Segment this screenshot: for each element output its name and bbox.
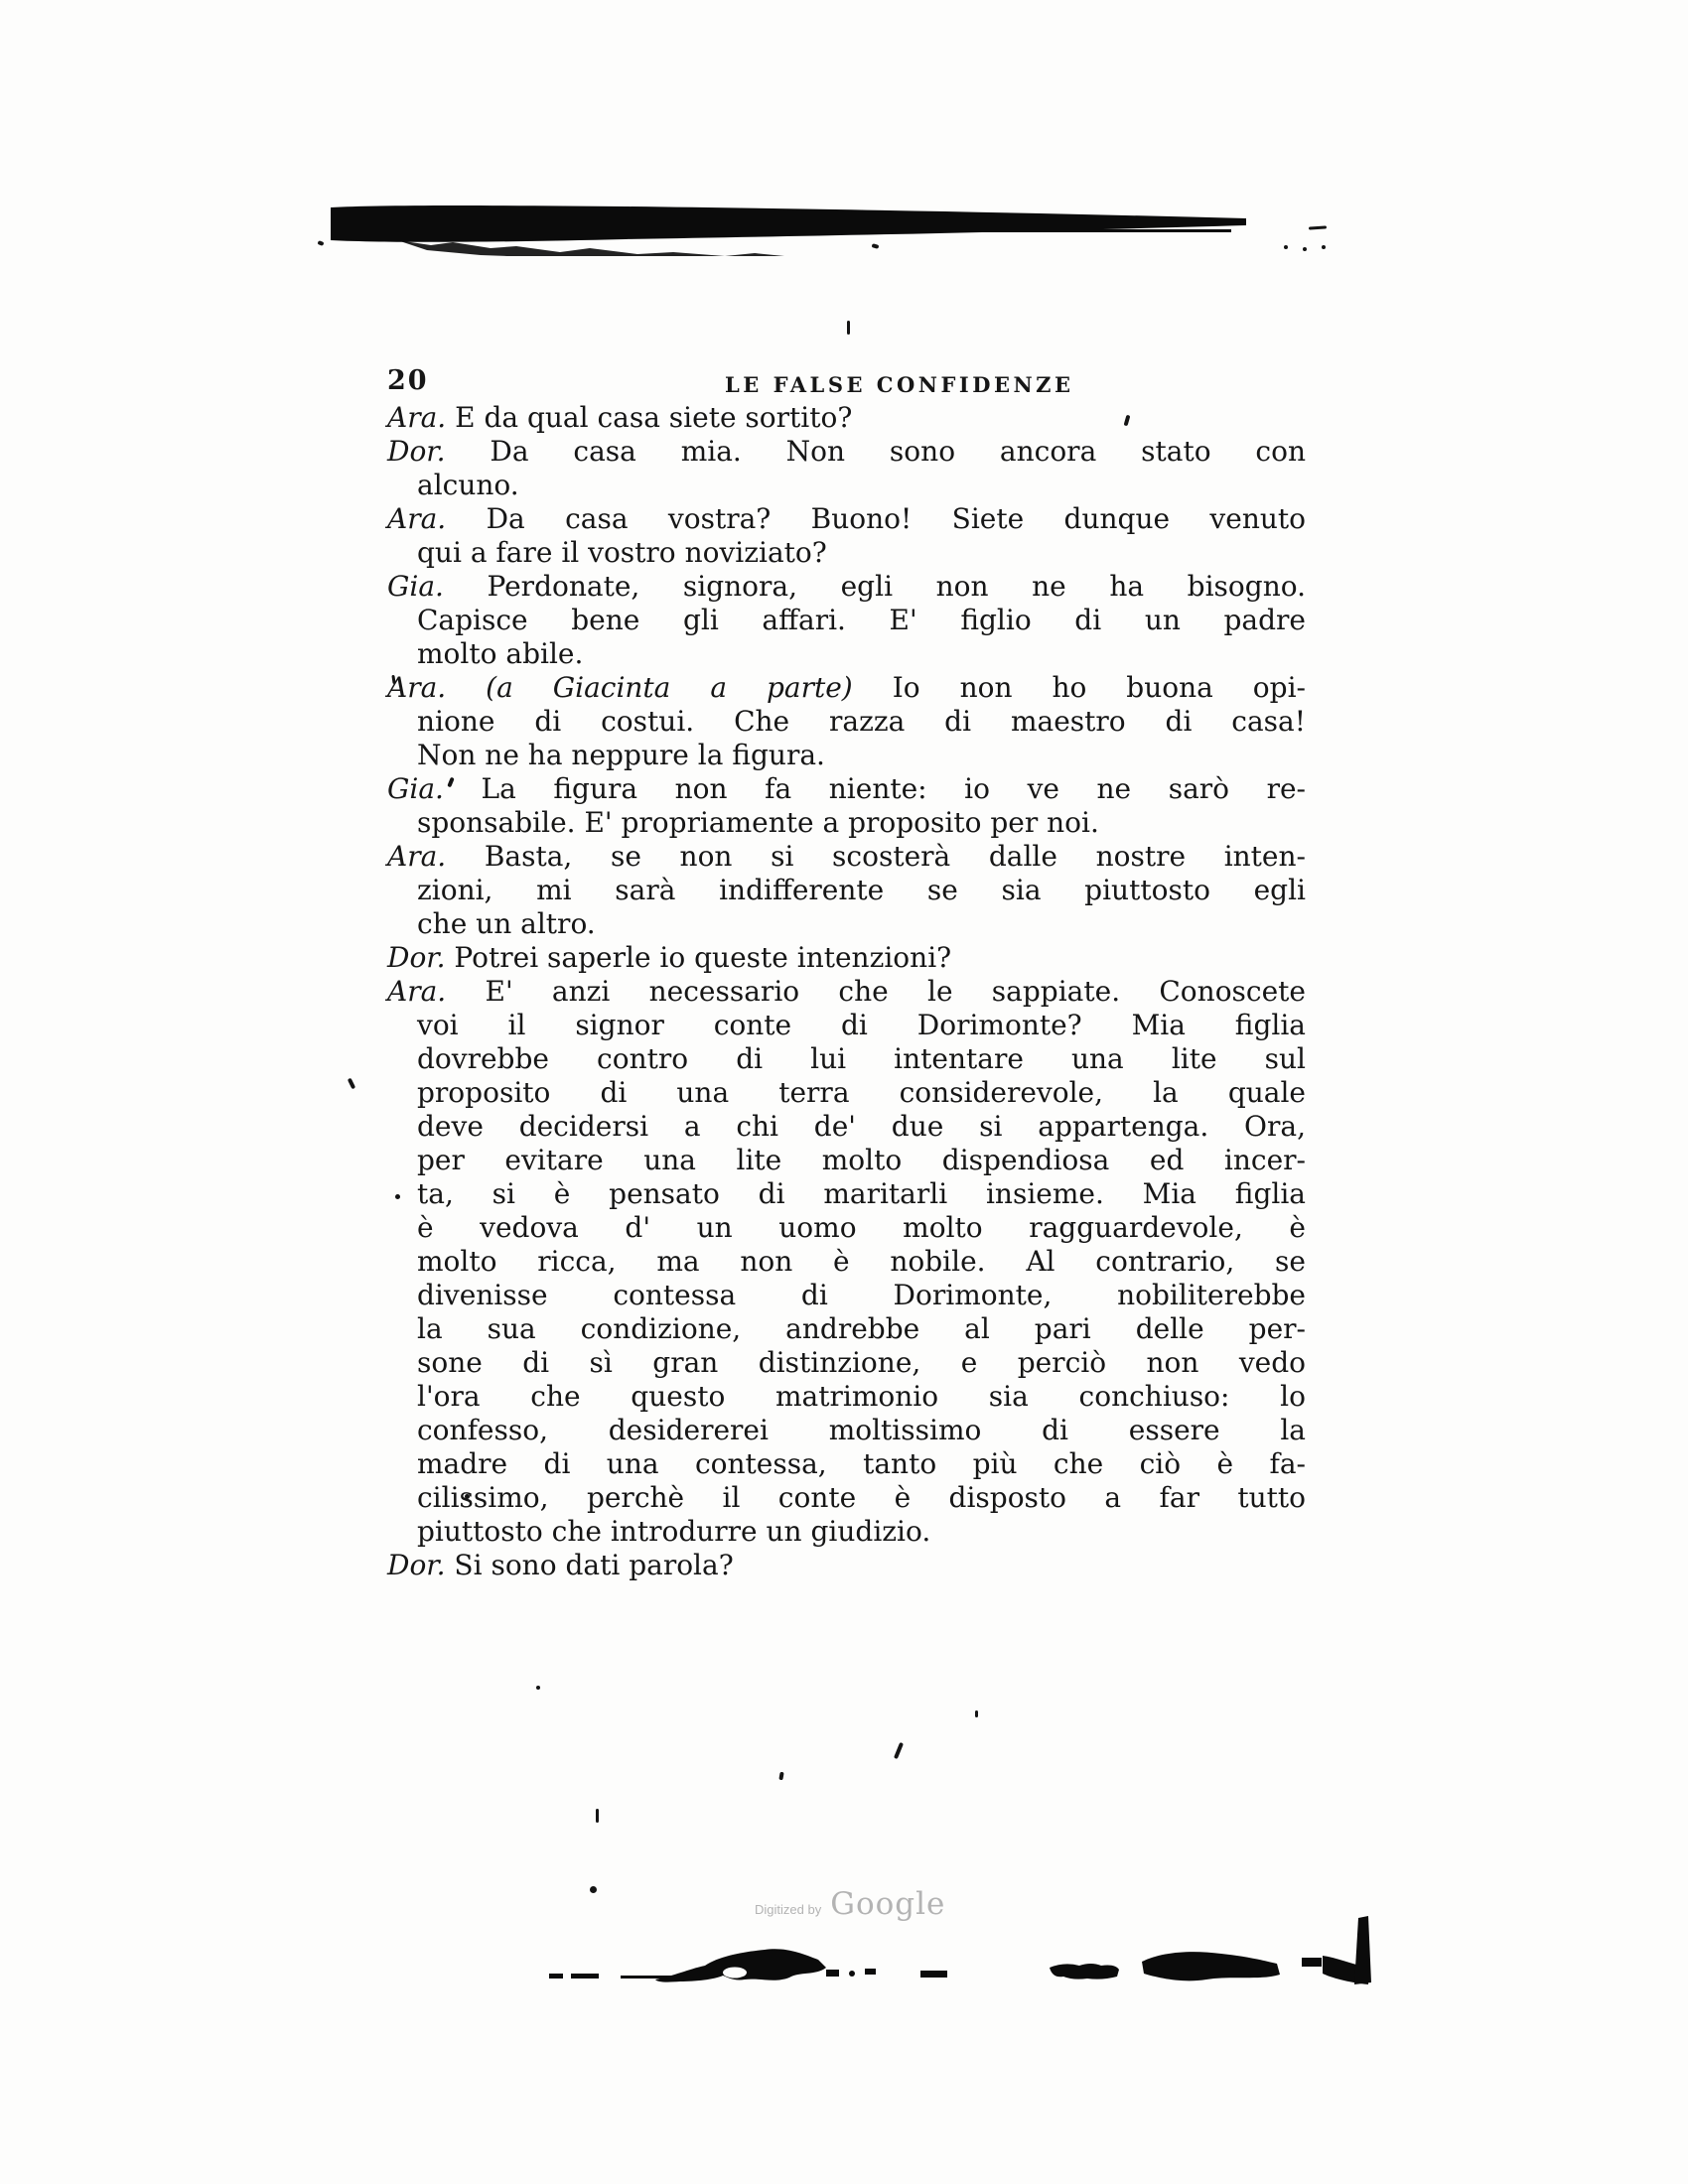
text-line: madre di una contessa, tanto più che ciò… [387,1447,1306,1481]
speaker-abbrev: Gia. [387,772,444,805]
speaker-abbrev: Dor. [387,941,446,974]
text-line: deve decidersi a chi de' due si apparten… [387,1110,1306,1144]
text-line: piuttosto che introdurre un giudizio. [387,1515,1306,1549]
text-line: qui a fare il vostro noviziato? [387,536,1306,570]
speaker-abbrev: Ara. [387,975,446,1008]
scan-artifact-bottom-streak [536,1906,1380,1995]
ink-speck [596,1809,599,1823]
text-line: l'ora che questo matrimonio sia conchius… [387,1380,1306,1414]
text-line: sponsabile. E' propriamente a proposito … [387,806,1306,840]
text-line: confesso, desidererei moltissimo di esse… [387,1414,1306,1447]
ink-speck [1322,245,1326,249]
page-content: 20 LE FALSE CONFIDENZE Ara. E da qual ca… [387,365,1306,1582]
text-line: Ara. E' anzi necessario che le sappiate.… [387,975,1306,1009]
text-line: Non ne ha neppure la figura. [387,739,1306,772]
stage-direction: (a Giacinta a parte) [486,671,853,704]
text-line: Ara. (a Giacinta a parte) Io non ho buon… [387,671,1306,705]
ink-speck [1303,247,1307,251]
text-line: alcuno. [387,469,1306,502]
scan-artifact-top-streak [328,199,1251,256]
ink-speck [348,1078,355,1090]
ink-speck [317,240,324,246]
speaker-abbrev: Ara. [387,401,446,434]
running-title: LE FALSE CONFIDENZE [725,372,1074,397]
text-line: Ara. Basta, se non si scosterà dalle nos… [387,840,1306,874]
text-line: Gia. Perdonate, signora, egli non ne ha … [387,570,1306,604]
speaker-abbrev: Gia. [387,570,444,603]
dialogue-text: Ara. E da qual casa siete sortito?Dor. D… [387,401,1306,1582]
text-line: che un altro. [387,907,1306,941]
ink-speck [536,1686,540,1690]
page-header: 20 LE FALSE CONFIDENZE [387,365,1306,401]
text-line: proposito di una terra considerevole, la… [387,1076,1306,1110]
text-line: Capisce bene gli affari. E' figlio di un… [387,604,1306,637]
text-line: zioni, mi sarà indifferente se sia piutt… [387,874,1306,907]
text-line: voi il signor conte di Dorimonte? Mia fi… [387,1009,1306,1042]
text-line: dovrebbe contro di lui intentare una lit… [387,1042,1306,1076]
text-line: ta, si è pensato di maritarli insieme. M… [387,1177,1306,1211]
text-line: sone di sì gran distinzione, e perciò no… [387,1346,1306,1380]
text-line: Ara. E da qual casa siete sortito? [387,401,1306,435]
text-line: Dor. Da casa mia. Non sono ancora stato … [387,435,1306,469]
text-line: è vedova d' un uomo molto ragguardevole,… [387,1211,1306,1245]
ink-speck [847,321,850,335]
text-line: la sua condizione, andrebbe al pari dell… [387,1312,1306,1346]
text-line: Dor. Si sono dati parola? [387,1549,1306,1582]
speaker-abbrev: Dor. [387,435,446,468]
text-line: molto abile. [387,637,1306,671]
page-number: 20 [387,365,429,396]
text-line: Ara. Da casa vostra? Buono! Siete dunque… [387,502,1306,536]
text-line: cilissimo, perchè il conte è disposto a … [387,1481,1306,1515]
ink-speck [1284,245,1288,249]
ink-speck [894,1742,904,1759]
ink-speck [1309,225,1327,229]
text-line: Gia. La figura non fa niente: io ve ne s… [387,772,1306,806]
scanned-book-page: 20 LE FALSE CONFIDENZE Ara. E da qual ca… [0,0,1688,2184]
speaker-abbrev: Ara. [387,502,446,535]
speaker-abbrev: Ara. [387,671,446,704]
ink-speck [778,1772,783,1781]
text-line: nione di costui. Che razza di maestro di… [387,705,1306,739]
text-line: molto ricca, ma non è nobile. Al contrar… [387,1245,1306,1279]
text-line: per evitare una lite molto dispendiosa e… [387,1144,1306,1177]
speaker-abbrev: Dor. [387,1549,446,1581]
ink-speck [975,1710,978,1717]
speaker-abbrev: Ara. [387,840,446,873]
text-line: Dor. Potrei saperle io queste intenzioni… [387,941,1306,975]
text-line: divenisse contessa di Dorimonte, nobilit… [387,1279,1306,1312]
ink-speck [590,1886,597,1893]
